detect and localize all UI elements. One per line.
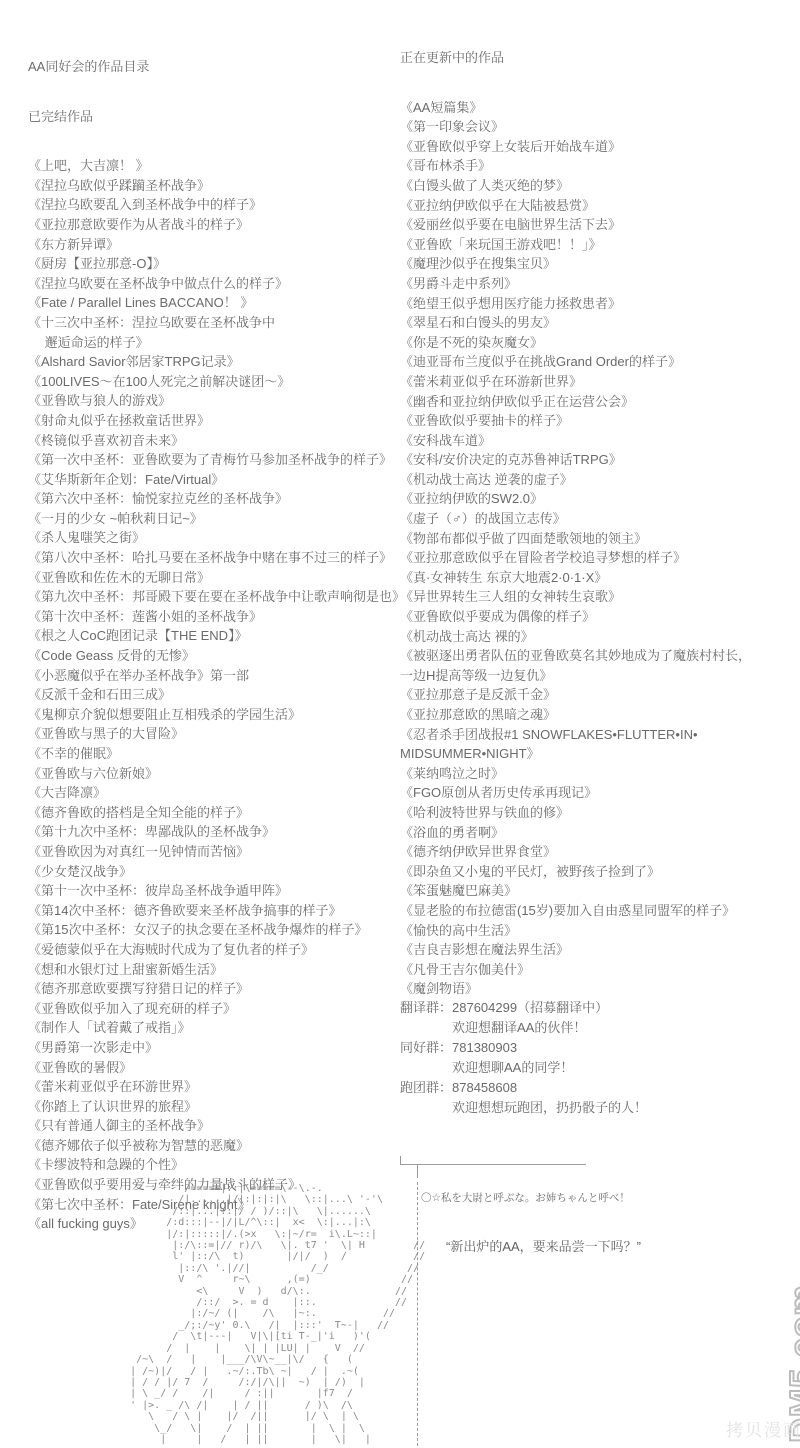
work-title: 《莱纳鸣泣之时》 [400,764,751,784]
work-title: 《第14次中圣杯：德齐鲁欧要来圣杯战争搞事的样子》 [28,901,405,921]
work-title: 《蕾米莉亚似乎在环游新世界》 [400,372,751,392]
work-title: 《不幸的催眠》 [28,744,405,764]
work-title: 《亚鲁欧和佐佐木的无聊日常》 [28,568,405,588]
qq-group-line: 欢迎想聊AA的同学！ [400,1058,647,1078]
work-title: 《即杂鱼又小鬼的平民灯，被野孩子捡到了》 [400,862,751,882]
work-title: 《第一次中圣杯：亚鲁欧要为了青梅竹马参加圣杯战争的样子》 [28,450,405,470]
work-title: 《亚拉那意子是反派千金》 [400,685,751,705]
work-title: 《虚子（♂）的战国立志传》 [400,509,751,529]
qq-group-line: 翻译群：287604299（招募翻译中） [400,998,647,1018]
work-title: 《机动战士高达 裸的》 [400,627,751,647]
work-title: 《卡缪波特和急躁的个性》 [28,1155,405,1175]
work-title: 《男爵第一次影走中》 [28,1038,405,1058]
completed-works-list: 《上吧，大吉凛！ 》《涅拉乌欧似乎蹂躏圣杯战争》《涅拉乌欧要乱入到圣杯战争中的样… [28,156,405,1234]
work-title: 《十三次中圣杯：涅拉乌欧要在圣杯战争中 [28,313,405,333]
qq-group-line: 欢迎想想玩跑团，扔扔骰子的人！ [400,1098,647,1118]
work-title: 《亚拉那意欧似乎在冒险者学校追寻梦想的样子》 [400,548,751,568]
work-title: 《只有普通人御主的圣杯战争》 [28,1116,405,1136]
work-title: 《忍者杀手团战报#1 SNOWFLAKES•FLUTTER•IN• [400,725,751,745]
work-title: 《亚鲁欧似乎加入了现充研的样子》 [28,999,405,1019]
work-title: 《笨蛋魅魔巴麻美》 [400,881,751,901]
completed-works-column: AA同好会的作品目录 已完结作品 《上吧，大吉凛！ 》《涅拉乌欧似乎蹂躏圣杯战争… [28,27,405,1264]
updating-works-column: 正在更新中的作品 《AA短篇集》《第一印象会议》《亚鲁欧似乎穿上女装后开始战车道… [400,18,751,1029]
work-title: 《亚拉那意欧要作为从者战斗的样子》 [28,215,405,235]
work-title: 《大吉降凛》 [28,783,405,803]
faint-watermark-text: 拷贝漫画 [726,1416,800,1441]
work-title: 《Fate / Parallel Lines BACCANO！ 》 [28,293,405,313]
work-title: 《机动战士高达 逆袭的虚子》 [400,470,751,490]
work-title: 《Alshard Savior邻居家TRPG记录》 [28,352,405,372]
work-title: 《亚拉那意欧的黑暗之魂》 [400,705,751,725]
work-title: 《爱德蒙似乎在大海贼时代成为了复仇者的样子》 [28,940,405,960]
work-title: 《亚鲁欧似乎穿上女装后开始战车道》 [400,137,751,157]
work-title: 一边H提高等级一边复仇》 [400,666,751,686]
work-title: 《100LIVES～在100人死完之前解决谜团～》 [28,372,405,392]
qq-group-line: 跑团群：878458608 [400,1078,647,1098]
work-title: 《你踏上了认识世界的旅程》 [28,1097,405,1117]
work-title: 《艾华斯新年企划：Fate/Virtual》 [28,470,405,490]
work-title: 《亚鲁欧与狼人的游戏》 [28,391,405,411]
work-title: MIDSUMMER•NIGHT》 [400,744,751,764]
work-title: 《亚鲁欧因为对真红一见钟情而苦恼》 [28,842,405,862]
work-title: 《根之人CoC跑团记录【THE END】》 [28,626,405,646]
work-title: 《白馒头做了人类灭绝的梦》 [400,176,751,196]
ascii-art-character: /=====|::|\=====\--\.-. /|......|/|:|:|:… [100,1183,425,1445]
dm5-watermark: DM5.com [706,1268,796,1438]
work-title: 《一月的少女 ~帕秋莉日记~》 [28,509,405,529]
work-title: 《亚鲁欧与黑子的大冒险》 [28,724,405,744]
catalog-page: AA同好会的作品目录 已完结作品 《上吧，大吉凛！ 》《涅拉乌欧似乎蹂躏圣杯战争… [0,0,800,1448]
work-title: 《德齐纳伊欧异世界食堂》 [400,842,751,862]
speech-line-japanese: 〇☆私を大尉と呼ぶな。お姉ちゃんと呼べ！ [421,1190,630,1205]
work-title: 《鬼柳京介貌似想要阻止互相残杀的学园生活》 [28,705,405,725]
work-title: 《男爵斗走中系列》 [400,274,751,294]
work-title: 《吉良吉影想在魔法界生活》 [400,940,751,960]
work-title: 《少女楚汉战争》 [28,862,405,882]
catalog-title: AA同好会的作品目录 [28,57,405,77]
work-title: 《涅拉乌欧要乱入到圣杯战争中的样子》 [28,195,405,215]
work-title: 《亚鲁欧似乎要抽卡的样子》 [400,411,751,431]
work-title: 《德齐娜依子似乎被称为智慧的恶魔》 [28,1136,405,1156]
work-title: 《亚鲁欧似乎要成为偶像的样子》 [400,607,751,627]
qq-group-line: 同好群：781380903 [400,1038,647,1058]
work-title: 《哈利波特世界与铁血的修》 [400,803,751,823]
work-title: 《亚鲁欧的暑假》 [28,1058,405,1078]
work-title: 《第一印象会议》 [400,117,751,137]
work-title: 《反派千金和石田三成》 [28,685,405,705]
work-title: 邂逅命运的样子》 [28,333,405,353]
work-title: 《被驱逐出勇者队伍的亚鲁欧莫名其妙地成为了魔族村村长， [400,646,751,666]
work-title: 《安科/安价决定的克苏鲁神话TRPG》 [400,450,751,470]
work-title: 《哥布林杀手》 [400,156,751,176]
work-title: 《蕾米莉亚似乎在环游世界》 [28,1077,405,1097]
work-title: 《翠星石和白馒头的男友》 [400,313,751,333]
work-title: 《第十九次中圣杯：卑鄙战队的圣杯战争》 [28,822,405,842]
work-title: 《第十一次中圣杯：彼岸岛圣杯战争遁甲阵》 [28,881,405,901]
work-title: 《柊镜似乎喜欢初音未来》 [28,431,405,451]
bubble-frame-top-line [400,1164,586,1165]
work-title: 《FGO原创从者历史传承再现记》 [400,783,751,803]
work-title: 《第八次中圣杯：哈扎马要在圣杯战争中赌在事不过三的样子》 [28,548,405,568]
updating-works-title: 正在更新中的作品 [400,48,751,68]
work-title: 《东方新异谭》 [28,235,405,255]
speech-line-chinese: “新出炉的AA，要来品尝一下吗？” [446,1236,641,1255]
completed-works-subtitle: 已完结作品 [28,107,405,127]
work-title: 《幽香和亚拉纳伊欧似乎正在运营公会》 [400,392,751,412]
work-title: 《浴血的勇者啊》 [400,823,751,843]
work-title: 《第15次中圣杯：女汉子的执念要在圣杯战争爆炸的样子》 [28,920,405,940]
work-title: 《安科战车道》 [400,431,751,451]
work-title: 《上吧，大吉凛！ 》 [28,156,405,176]
work-title: 《第十次中圣杯：莲酱小姐的圣杯战争》 [28,607,405,627]
work-title: 《绝望王似乎想用医疗能力拯救患者》 [400,294,751,314]
bubble-frame-tick [417,1165,418,1178]
qq-group-info: 翻译群：287604299（招募翻译中） 欢迎想翻译AA的伙伴！同好群：7813… [400,998,647,1118]
work-title: 《德齐那意欧要撰写狩猎日记的样子》 [28,979,405,999]
work-title: 《爱丽丝似乎要在电脑世界生活下去》 [400,215,751,235]
work-title: 《亚鲁欧「来玩国王游戏吧！！」》 [400,235,751,255]
work-title: 《愉快的高中生活》 [400,921,751,941]
work-title: 《厨房【亚拉那意-O】》 [28,254,405,274]
work-title: 《魔理沙似乎在搜集宝贝》 [400,254,751,274]
work-title: 《AA短篇集》 [400,98,751,118]
work-title: 《第六次中圣杯：愉悦家拉克丝的圣杯战争》 [28,489,405,509]
work-title: 《德齐鲁欧的搭档是全知全能的样子》 [28,803,405,823]
work-title: 《凡骨王吉尔伽美什》 [400,960,751,980]
work-title: 《亚鲁欧与六位新娘》 [28,764,405,784]
work-title: 《制作人「试着戴了戒指」》 [28,1018,405,1038]
work-title: 《魔剑物语》 [400,979,751,999]
work-title: 《涅拉乌欧要在圣杯战争中做点什么的样子》 [28,274,405,294]
qq-group-line: 欢迎想翻译AA的伙伴！ [400,1018,647,1038]
work-title: 《你是不死的染灰魔女》 [400,333,751,353]
work-title: 《小恶魔似乎在举办圣杯战争》第一部 [28,666,405,686]
work-title: 《显老脸的布拉德雷(15岁)要加入自由惑星同盟军的样子》 [400,901,751,921]
work-title: 《射命丸似乎在拯救童话世界》 [28,411,405,431]
work-title: 《Code Geass 反骨的无惨》 [28,646,405,666]
work-title: 《亚拉纳伊欧似乎在大陆被悬赏》 [400,196,751,216]
work-title: 《真·女神转生 东京大地震2·0·1·X》 [400,568,751,588]
work-title: 《第九次中圣杯：邦哥殿下要在要在圣杯战争中让歌声响彻是也》 [28,587,405,607]
work-title: 《杀人鬼嗤笑之街》 [28,528,405,548]
work-title: 《物部布都似乎做了四面楚歌领地的领主》 [400,529,751,549]
work-title: 《亚拉纳伊欧的SW2.0》 [400,489,751,509]
work-title: 《异世界转生三人组的女神转生哀歌》 [400,587,751,607]
work-title: 《迪亚哥布兰度似乎在挑战Grand Order的样子》 [400,352,751,372]
work-title: 《涅拉乌欧似乎蹂躏圣杯战争》 [28,176,405,196]
work-title: 《想和水银灯过上甜蜜新婚生活》 [28,960,405,980]
updating-works-list: 《AA短篇集》《第一印象会议》《亚鲁欧似乎穿上女装后开始战车道》《哥布林杀手》《… [400,98,751,999]
